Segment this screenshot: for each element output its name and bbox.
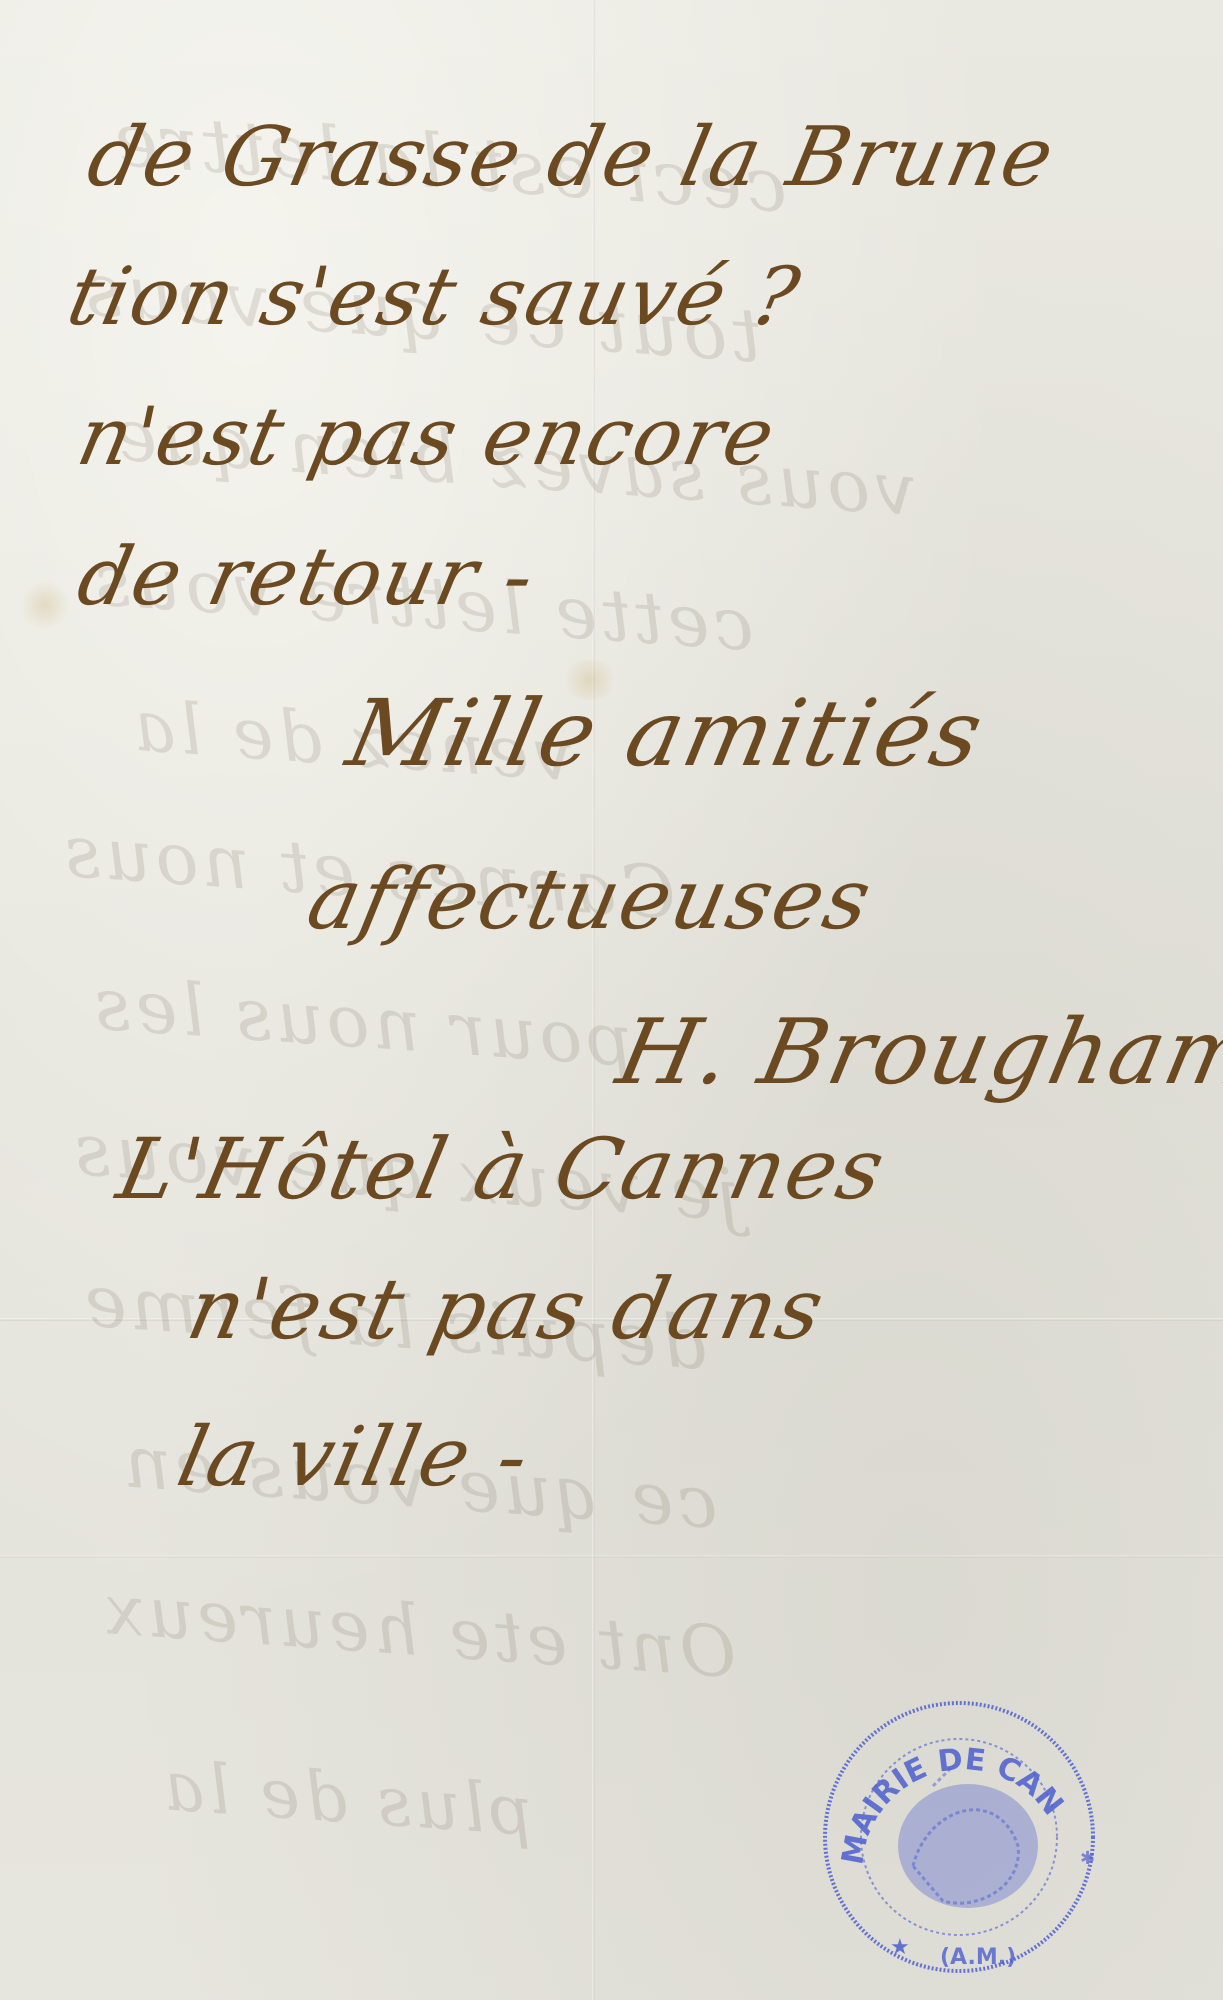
handwritten-line: n'est pas dans bbox=[180, 1260, 834, 1358]
mairie-stamp: MAIRIE DE CANNES (A.M.) ★ ✱ bbox=[818, 1696, 1100, 1978]
handwritten-line: L'Hôtel à Cannes bbox=[110, 1120, 895, 1218]
signature: H. Brougham bbox=[609, 1000, 1223, 1105]
bleed-through-line: Ont ete heureux bbox=[98, 1568, 739, 1694]
handwritten-line: la ville - bbox=[170, 1410, 539, 1505]
bleed-through-line: pour nous les bbox=[88, 961, 636, 1083]
fold-crease-horizontal bbox=[0, 1555, 1223, 1558]
handwritten-line: tion s'est sauvé ? bbox=[60, 250, 809, 343]
handwritten-line: Mille amitiés bbox=[339, 680, 993, 787]
star-icon: ✱ bbox=[1080, 1848, 1095, 1868]
handwritten-line: de Grasse de la Brune bbox=[80, 110, 1064, 205]
handwritten-line: de retour - bbox=[70, 530, 544, 623]
star-icon: ★ bbox=[890, 1934, 910, 1959]
stamp-text-bottom: (A.M.) bbox=[940, 1945, 1016, 1970]
letter-page: ceci est la lettre tout ce que vous vous… bbox=[0, 0, 1223, 2000]
paper-stain bbox=[20, 580, 70, 630]
stamp-seal-icon: MAIRIE DE CANNES (A.M.) ★ ✱ bbox=[818, 1696, 1100, 1978]
handwritten-line: n'est pas encore bbox=[70, 390, 784, 483]
bleed-through-line: plus de la bbox=[158, 1747, 536, 1852]
handwritten-line: affectueuses bbox=[300, 850, 881, 948]
